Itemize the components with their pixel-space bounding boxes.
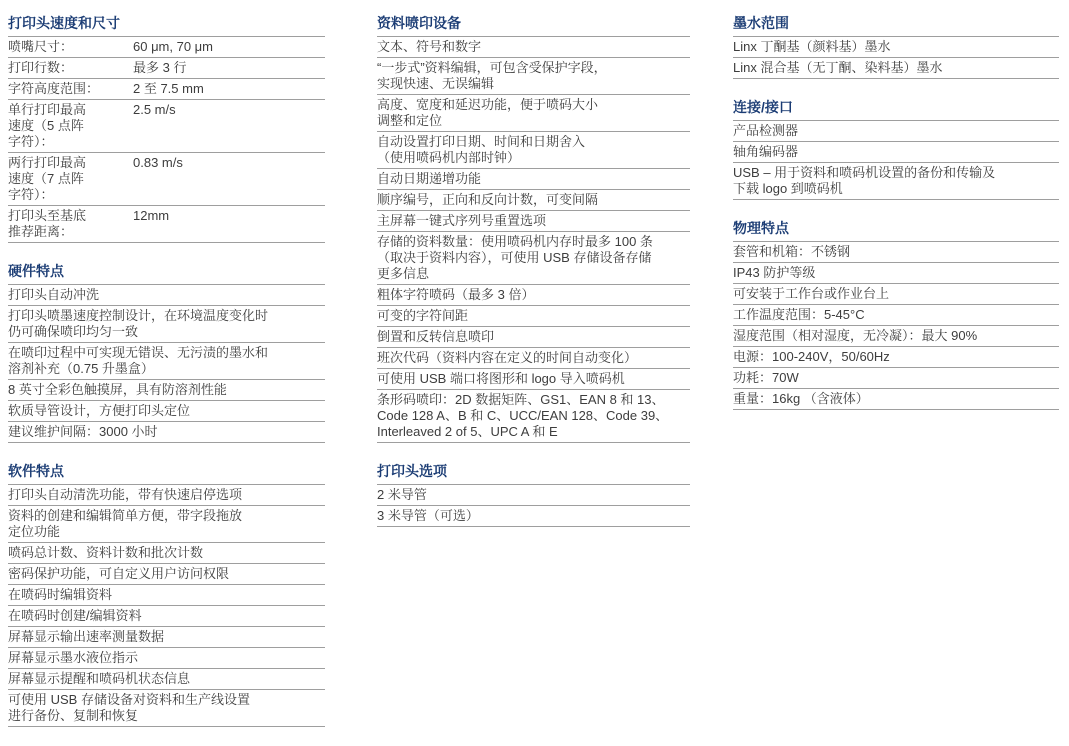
feature-item: 建议维护间隔：3000 小时	[8, 422, 325, 443]
feature-item: 可使用 USB 存储设备对资料和生产线设置 进行备份、复制和恢复	[8, 690, 325, 727]
feature-item: 可安装于工作台或作业台上	[733, 284, 1059, 305]
spec-value: 2.5 m/s	[133, 102, 325, 150]
feature-item: 湿度范围（相对湿度，无冷凝）：最大 90%	[733, 326, 1059, 347]
section-printhead-options: 打印头选项 2 米导管 3 米导管（可选）	[377, 462, 690, 527]
section-title: 物理特点	[733, 219, 1059, 242]
spec-label: 打印行数：	[8, 60, 133, 76]
section-printhead-speed-size: 打印头速度和尺寸 喷嘴尺寸： 60 μm, 70 μm 打印行数： 最多 3 行…	[8, 14, 325, 243]
feature-item: 资料的创建和编辑简单方便，带字段拖放 定位功能	[8, 506, 325, 543]
section-data-printing: 资料喷印设备 文本、符号和数字 “一步式”资料编辑，可包含受保护字段， 实现快速…	[377, 14, 690, 443]
feature-item: 套管和机箱：不锈钢	[733, 242, 1059, 263]
feature-item: 重量：16kg （含液体）	[733, 389, 1059, 410]
spec-value: 12mm	[133, 208, 325, 240]
spec-label: 打印头至基底 推荐距离：	[8, 208, 133, 240]
feature-item: 文本、符号和数字	[377, 37, 690, 58]
feature-item: 顺序编号，正向和反向计数，可变间隔	[377, 190, 690, 211]
section-title: 硬件特点	[8, 262, 325, 285]
feature-item: 打印头自动清洗功能，带有快速启停选项	[8, 485, 325, 506]
section-ink-range: 墨水范围 Linx 丁酮基（颜料基）墨水 Linx 混合基（无丁酮、染料基）墨水	[733, 14, 1059, 79]
column-left: 打印头速度和尺寸 喷嘴尺寸： 60 μm, 70 μm 打印行数： 最多 3 行…	[8, 14, 325, 727]
feature-item: 功耗：70W	[733, 368, 1059, 389]
spec-value: 0.83 m/s	[133, 155, 325, 203]
section-connectivity: 连接/接口 产品检测器 轴角编码器 USB – 用于资料和喷码机设置的备份和传输…	[733, 98, 1059, 200]
feature-item: 粗体字符喷码（最多 3 倍）	[377, 285, 690, 306]
section-software-features: 软件特点 打印头自动清洗功能，带有快速启停选项 资料的创建和编辑简单方便，带字段…	[8, 462, 325, 727]
feature-item: 在喷码时创建/编辑资料	[8, 606, 325, 627]
feature-item: IP43 防护等级	[733, 263, 1059, 284]
spec-label: 两行打印最高 速度（7 点阵 字符）：	[8, 155, 133, 203]
section-title: 软件特点	[8, 462, 325, 485]
feature-item: 条形码喷印：2D 数据矩阵、GS1、EAN 8 和 13、 Code 128 A…	[377, 390, 690, 443]
feature-item: 自动设置打印日期、时间和日期舍入 （使用喷码机内部时钟）	[377, 132, 690, 169]
section-title: 打印头速度和尺寸	[8, 14, 325, 37]
feature-item: 轴角编码器	[733, 142, 1059, 163]
section-title: 墨水范围	[733, 14, 1059, 37]
feature-item: 主屏幕一键式序列号重置选项	[377, 211, 690, 232]
feature-item: USB – 用于资料和喷码机设置的备份和传输及 下载 logo 到喷码机	[733, 163, 1059, 200]
section-hardware-features: 硬件特点 打印头自动冲洗 打印头喷墨速度控制设计，在环境温度变化时 仍可确保喷印…	[8, 262, 325, 443]
feature-item: 屏幕显示提醒和喷码机状态信息	[8, 669, 325, 690]
feature-item: 屏幕显示墨水液位指示	[8, 648, 325, 669]
feature-item: 密码保护功能，可自定义用户访问权限	[8, 564, 325, 585]
spec-row: 两行打印最高 速度（7 点阵 字符）： 0.83 m/s	[8, 153, 325, 206]
section-title: 连接/接口	[733, 98, 1059, 121]
feature-item: 高度、宽度和延迟功能，便于喷码大小 调整和定位	[377, 95, 690, 132]
feature-item: 电源：100-240V，50/60Hz	[733, 347, 1059, 368]
feature-item: 倒置和反转信息喷印	[377, 327, 690, 348]
column-right: 墨水范围 Linx 丁酮基（颜料基）墨水 Linx 混合基（无丁酮、染料基）墨水…	[733, 14, 1059, 410]
feature-item: 可使用 USB 端口将图形和 logo 导入喷码机	[377, 369, 690, 390]
feature-item: 产品检测器	[733, 121, 1059, 142]
feature-item: 班次代码（资料内容在定义的时间自动变化）	[377, 348, 690, 369]
feature-item: 存储的资料数量：使用喷码机内存时最多 100 条 （取决于资料内容），可使用 U…	[377, 232, 690, 285]
spec-value: 2 至 7.5 mm	[133, 81, 325, 97]
spec-sheet: 打印头速度和尺寸 喷嘴尺寸： 60 μm, 70 μm 打印行数： 最多 3 行…	[0, 0, 1069, 746]
feature-item: 喷码总计数、资料计数和批次计数	[8, 543, 325, 564]
feature-item: 在喷码时编辑资料	[8, 585, 325, 606]
spec-label: 喷嘴尺寸：	[8, 39, 133, 55]
feature-item: 自动日期递增功能	[377, 169, 690, 190]
spec-value: 最多 3 行	[133, 60, 325, 76]
feature-item: 工作温度范围：5-45°C	[733, 305, 1059, 326]
feature-item: 打印头喷墨速度控制设计，在环境温度变化时 仍可确保喷印均匀一致	[8, 306, 325, 343]
section-title: 打印头选项	[377, 462, 690, 485]
spec-row: 单行打印最高 速度（5 点阵 字符）： 2.5 m/s	[8, 100, 325, 153]
feature-item: 3 米导管（可选）	[377, 506, 690, 527]
feature-item: 可变的字符间距	[377, 306, 690, 327]
spec-label: 字符高度范围：	[8, 81, 133, 97]
feature-item: 8 英寸全彩色触摸屏，具有防溶剂性能	[8, 380, 325, 401]
feature-item: Linx 混合基（无丁酮、染料基）墨水	[733, 58, 1059, 79]
feature-item: “一步式”资料编辑，可包含受保护字段， 实现快速、无误编辑	[377, 58, 690, 95]
section-physical: 物理特点 套管和机箱：不锈钢 IP43 防护等级 可安装于工作台或作业台上 工作…	[733, 219, 1059, 410]
spec-value: 60 μm, 70 μm	[133, 39, 325, 55]
section-title: 资料喷印设备	[377, 14, 690, 37]
spec-row: 打印行数： 最多 3 行	[8, 58, 325, 79]
spec-label: 单行打印最高 速度（5 点阵 字符）：	[8, 102, 133, 150]
feature-item: 屏幕显示输出速率测量数据	[8, 627, 325, 648]
column-middle: 资料喷印设备 文本、符号和数字 “一步式”资料编辑，可包含受保护字段， 实现快速…	[377, 14, 690, 527]
spec-row: 喷嘴尺寸： 60 μm, 70 μm	[8, 37, 325, 58]
feature-item: 在喷印过程中可实现无错误、无污渍的墨水和 溶剂补充（0.75 升墨盒）	[8, 343, 325, 380]
feature-item: 打印头自动冲洗	[8, 285, 325, 306]
spec-row: 字符高度范围： 2 至 7.5 mm	[8, 79, 325, 100]
spec-row: 打印头至基底 推荐距离： 12mm	[8, 206, 325, 243]
feature-item: 软质导管设计，方便打印头定位	[8, 401, 325, 422]
feature-item: Linx 丁酮基（颜料基）墨水	[733, 37, 1059, 58]
feature-item: 2 米导管	[377, 485, 690, 506]
